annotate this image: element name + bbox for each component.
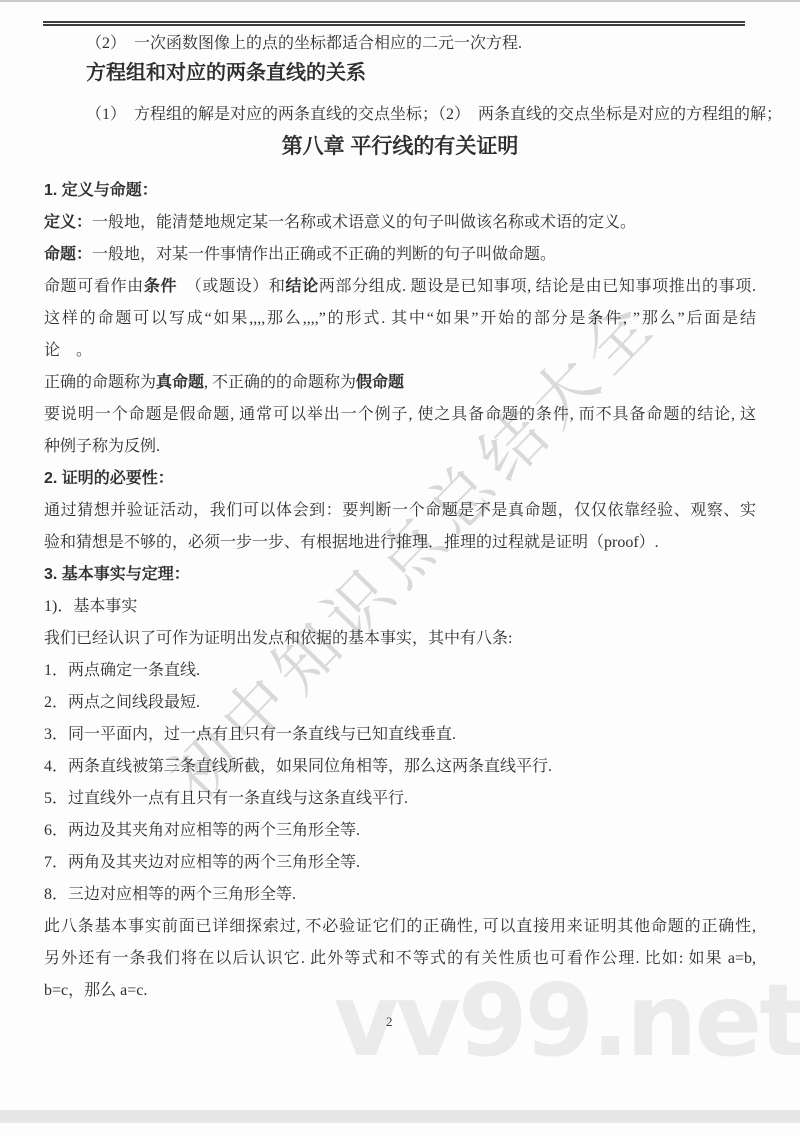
body-line: 此八条基本事实前面已详细探索过, 不必验证它们的正确性, 可以直接用来证明其他命… (44, 912, 756, 944)
text-run: 论 。 (44, 342, 92, 359)
body-line: 4．两条直线被第三条直线所截，如果同位角相等，那么这两条直线平行. (44, 752, 756, 784)
text-run: 通过猜想并验证活动，我们可以体会到：要判断一个命题是不是真命题，仅仅依靠经验、观… (44, 502, 756, 519)
text-run: 一般地，能清楚地规定某一名称或术语意义的句子叫做该名称或术语的定义。 (92, 214, 636, 231)
text-run: 此八条基本事实前面已详细探索过, 不必验证它们的正确性, 可以直接用来证明其他命… (44, 918, 756, 935)
body-line: 我们已经认识了可作为证明出发点和依据的基本事实，其中有八条: (44, 624, 756, 656)
text-run: 种例子称为反例. (44, 438, 160, 455)
text-run: , 不正确的的命题称为 (204, 374, 356, 391)
bold-term: 条件 (144, 278, 177, 295)
text-run: 1．两点确定一条直线. (44, 662, 200, 679)
body-line: 5．过直线外一点有且只有一条直线与这条直线平行. (44, 784, 756, 816)
text-run: 2．两点之间线段最短. (44, 694, 200, 711)
text-run: 1)．基本事实 (44, 598, 137, 615)
text-run: 验和猜想是不够的，必须一步一步、有根据地进行推理．推理的过程就是证明（proof… (44, 534, 659, 551)
body-line: b=c，那么 a=c. (44, 976, 756, 1008)
body-line: 命题可看作由条件 （或题设）和结论两部分组成. 题设是已知事项, 结论是由已知事… (44, 272, 756, 304)
text-run: 我们已经认识了可作为证明出发点和依据的基本事实，其中有八条: (44, 630, 512, 647)
bold-term: 假命题 (356, 374, 404, 391)
text-run: （或题设）和 (177, 278, 285, 295)
text-run: 一般地，对某一件事情作出正确或不正确的判断的句子叫做命题。 (92, 246, 556, 263)
header-double-rule (43, 21, 745, 26)
body-line: 通过猜想并验证活动，我们可以体会到：要判断一个命题是不是真命题，仅仅依靠经验、观… (44, 496, 756, 528)
body-line: 定义：一般地，能清楚地规定某一名称或术语意义的句子叫做该名称或术语的定义。 (44, 208, 756, 240)
body-line: 2．两点之间线段最短. (44, 688, 756, 720)
text-run: 要说明一个命题是假命题, 通常可以举出一个例子, 使之具备命题的条件, 而不具备… (44, 406, 756, 423)
body-line: 命题：一般地，对某一件事情作出正确或不正确的判断的句子叫做命题。 (44, 240, 756, 272)
section-heading: 方程组和对应的两条直线的关系 (86, 56, 366, 85)
body-line: 8．三边对应相等的两个三角形全等. (44, 880, 756, 912)
bold-term: 结论 (286, 278, 319, 295)
body-line: 1. 定义与命题： (44, 176, 756, 208)
body-line: 这样的命题可以写成“如果,,,,那么,,,,”的形式. 其中“如果”开始的部分是… (44, 304, 756, 336)
text-run: 8．三边对应相等的两个三角形全等. (44, 886, 296, 903)
text-run: 这样的命题可以写成“如果,,,,那么,,,,”的形式. 其中“如果”开始的部分是… (44, 310, 756, 327)
text-run: 6．两边及其夹角对应相等的两个三角形全等. (44, 822, 360, 839)
text-run: 3．同一平面内，过一点有且只有一条直线与已知直线垂直. (44, 726, 456, 743)
bold-term: 命题： (44, 246, 92, 263)
body-line: 3. 基本事实与定理： (44, 560, 756, 592)
body-line: 1．两点确定一条直线. (44, 656, 756, 688)
text-run: 命题可看作由 (44, 278, 144, 295)
scanned-document-page: { "header": { "prev_item_line": "（2） 一次函… (0, 0, 800, 1137)
page-number: 2 (386, 1014, 393, 1030)
body-line: 1)．基本事实 (44, 592, 756, 624)
body-line: 另外还有一条我们将在以后认识它. 此外等式和不等式的有关性质也可看作公理. 比如… (44, 944, 756, 976)
bottom-scan-band (0, 1110, 800, 1123)
body-line: 正确的命题称为真命题, 不正确的的命题称为假命题 (44, 368, 756, 400)
body-line: 种例子称为反例. (44, 432, 756, 464)
body-line: 6．两边及其夹角对应相等的两个三角形全等. (44, 816, 756, 848)
top-scan-edge (0, 0, 800, 2)
chapter-title: 第八章 平行线的有关证明 (0, 130, 800, 160)
body-line: 验和猜想是不够的，必须一步一步、有根据地进行推理．推理的过程就是证明（proof… (44, 528, 756, 560)
text-run: 两部分组成. 题设是已知事项, 结论是由已知事项推出的事项. (319, 278, 756, 295)
body-lines: 1. 定义与命题：定义：一般地，能清楚地规定某一名称或术语意义的句子叫做该名称或… (44, 176, 756, 1008)
body-line: 论 。 (44, 336, 756, 368)
body-line: 7．两角及其夹边对应相等的两个三角形全等. (44, 848, 756, 880)
bold-term: 2. 证明的必要性： (44, 470, 174, 487)
bold-term: 定义： (44, 214, 92, 231)
text-run: b=c，那么 a=c. (44, 982, 147, 999)
body-line: 要说明一个命题是假命题, 通常可以举出一个例子, 使之具备命题的条件, 而不具备… (44, 400, 756, 432)
bold-term: 真命题 (156, 374, 204, 391)
equation-line-pair: （1） 方程组的解是对应的两条直线的交点坐标；（2） 两条直线的交点坐标是对应的… (86, 101, 782, 124)
bold-term: 3. 基本事实与定理： (44, 566, 190, 583)
text-run: 正确的命题称为 (44, 374, 156, 391)
body-line: 2. 证明的必要性： (44, 464, 756, 496)
body-line: 3．同一平面内，过一点有且只有一条直线与已知直线垂直. (44, 720, 756, 752)
text-run: 4．两条直线被第三条直线所截，如果同位角相等，那么这两条直线平行. (44, 758, 552, 775)
bold-term: 1. 定义与命题： (44, 182, 158, 199)
text-run: 另外还有一条我们将在以后认识它. 此外等式和不等式的有关性质也可看作公理. 比如… (44, 950, 756, 967)
text-run: 7．两角及其夹边对应相等的两个三角形全等. (44, 854, 360, 871)
text-run: 5．过直线外一点有且只有一条直线与这条直线平行. (44, 790, 408, 807)
previous-item-line: （2） 一次函数图像上的点的坐标都适合相应的二元一次方程. (86, 30, 522, 53)
